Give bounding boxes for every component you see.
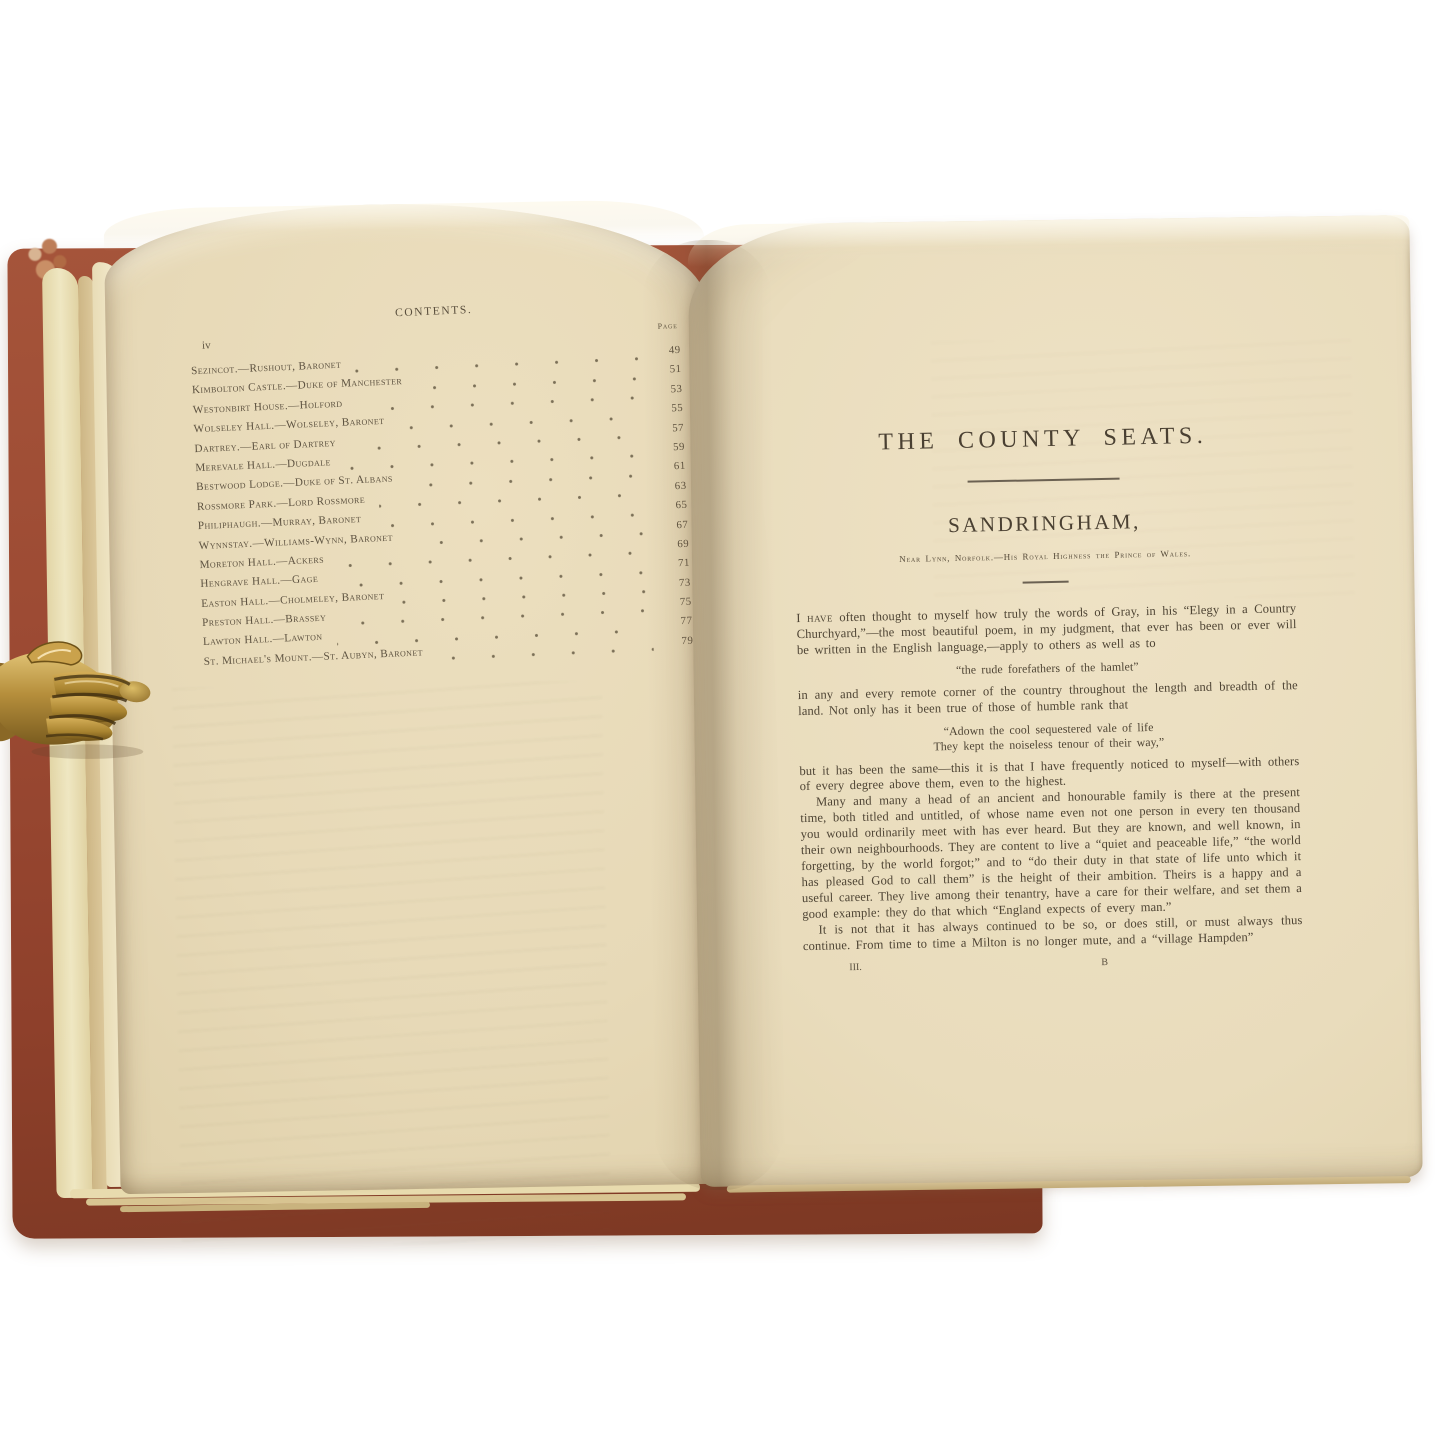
toc-entry-page-number: 65 bbox=[657, 499, 687, 512]
folio-number: iv bbox=[202, 339, 211, 351]
toc-entry-page-number: 57 bbox=[654, 421, 684, 434]
contents-list: Sezincot.—Rushout, Baronet49Kimbolton Ca… bbox=[191, 344, 694, 675]
chapter-page-content: THE COUNTY SEATS. SANDRINGHAM, Near Lynn… bbox=[793, 421, 1304, 977]
toc-entry-page-number: 67 bbox=[658, 518, 688, 531]
toc-entry-page-number: 53 bbox=[652, 383, 682, 396]
left-page-contents: CONTENTS. iv Page Sezincot.—Rushout, Bar… bbox=[103, 199, 720, 1194]
book-photo-scene: CONTENTS. iv Page Sezincot.—Rushout, Bar… bbox=[0, 0, 1445, 1445]
series-title: THE COUNTY SEATS. bbox=[793, 421, 1293, 458]
toc-entry-page-number: 61 bbox=[655, 460, 685, 473]
verse-quote: “Adown the cool sequestered vale of life… bbox=[798, 717, 1299, 757]
chapter-title: SANDRINGHAM, bbox=[794, 506, 1294, 541]
verse-quote: “the rude forefathers of the hamlet” bbox=[797, 656, 1297, 681]
body-paragraph: in any and every remote corner of the co… bbox=[798, 678, 1299, 720]
toc-entry-page-number: 69 bbox=[659, 538, 689, 551]
toc-entry-page-number: 49 bbox=[650, 344, 680, 357]
contents-page-content: CONTENTS. iv Page Sezincot.—Rushout, Bar… bbox=[189, 295, 694, 675]
page-top-curl-highlight bbox=[103, 199, 704, 251]
toc-entry-page-number: 59 bbox=[655, 441, 685, 454]
toc-entry-page-number: 77 bbox=[662, 615, 692, 628]
open-antique-book: CONTENTS. iv Page Sezincot.—Rushout, Bar… bbox=[0, 0, 1445, 1445]
toc-entry-page-number: 73 bbox=[661, 576, 691, 589]
divider-rule bbox=[968, 478, 1120, 483]
verse-line: “the rude forefathers of the hamlet” bbox=[797, 656, 1297, 681]
toc-entry-page-number: 79 bbox=[663, 634, 693, 647]
body-paragraph: I have often thought to myself how truly… bbox=[796, 601, 1297, 659]
show-through-ghosting bbox=[172, 681, 612, 1248]
toc-entry-title: Sezincot.—Rushout, Baronet bbox=[191, 359, 342, 378]
clasp-shadow bbox=[32, 744, 144, 758]
body-paragraph: Many and many a head of an ancient and h… bbox=[800, 785, 1302, 922]
volume-signature: III. bbox=[849, 962, 862, 973]
leader-dots bbox=[437, 643, 654, 662]
chapter-subtitle: Near Lynn, Norfolk.—His Royal Highness t… bbox=[795, 546, 1295, 566]
signature-row: III. B bbox=[803, 953, 1303, 977]
right-page-chapter: THE COUNTY SEATS. SANDRINGHAM, Near Lynn… bbox=[687, 215, 1422, 1187]
body-text: I have often thought to myself how truly… bbox=[796, 601, 1303, 954]
divider-rule-small bbox=[1023, 581, 1069, 584]
small-caps-lead: have bbox=[807, 610, 833, 625]
toc-entry-page-number: 63 bbox=[656, 479, 686, 492]
page-top-curl-highlight bbox=[687, 215, 1410, 267]
page-column-header: Page bbox=[657, 321, 677, 331]
brass-hand-clasp-icon bbox=[0, 638, 158, 762]
toc-entry-page-number: 55 bbox=[653, 402, 683, 415]
gathering-signature: B bbox=[1101, 957, 1108, 968]
toc-entry-page-number: 75 bbox=[661, 596, 691, 609]
toc-entry-page-number: 51 bbox=[651, 363, 681, 376]
toc-entry-page-number: 71 bbox=[660, 557, 690, 570]
clasp-thumb bbox=[27, 642, 81, 665]
